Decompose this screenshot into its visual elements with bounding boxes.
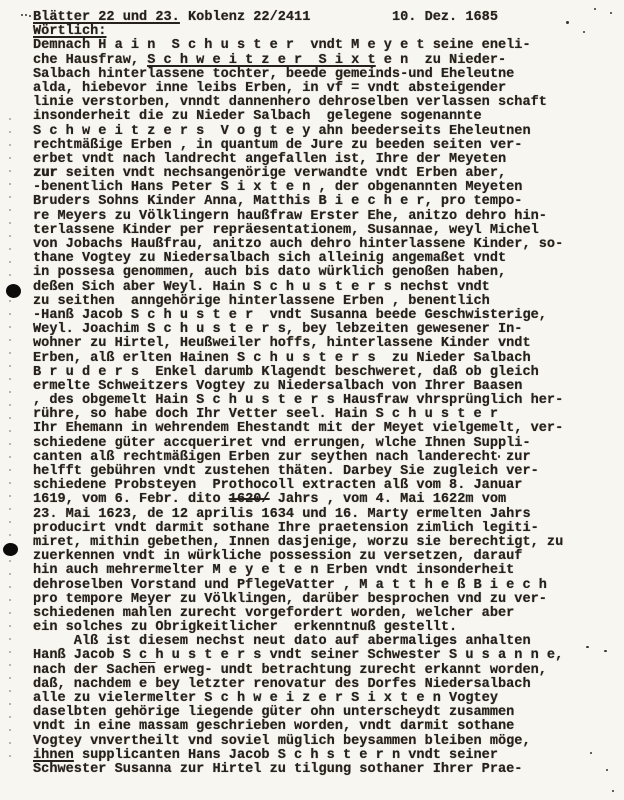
text-segment: zuerkennen vndt in würkliche possession … [33, 549, 522, 564]
text-line: zur seiten vndt nechsangenörige verwandt… [33, 167, 563, 181]
text-line: B r u d e r s Enkel darumb Klagendt besc… [33, 366, 563, 380]
text-line: erbet vndt nach landrecht angefallen ist… [33, 153, 563, 167]
text-segment: Bruders Sohns Kinder Anna, Matthis B i e… [33, 194, 522, 209]
text-line: canten alß rechtmäßigen Erben zur seythe… [33, 451, 563, 465]
text-segment: -benentlich Hans Peter S i x t e n , der… [33, 180, 522, 195]
text-segment: Ihr Ehemann in wehrendem Ehestandt mit d… [33, 421, 563, 436]
text-segment: Hanß Jacob S c h u s t e r s vndt seiner… [33, 648, 563, 663]
scan-speck [590, 752, 592, 754]
text-segment: ermelte Schweitzers Vogtey zu Niedersalb… [33, 379, 522, 394]
struck-text: 1620/ [229, 492, 270, 507]
text-line: Erben, alß erlten Hainen S c h u s t e r… [33, 352, 563, 366]
text-line: linie verstorben, vnndt dannenhero dehro… [33, 96, 563, 110]
text-line: vndt in eine massam geschrieben worden, … [33, 720, 563, 734]
text-segment: Koblenz 22/2411 [180, 10, 392, 25]
text-line: rechtmäßige Erben , in quantum de Jure z… [33, 139, 563, 153]
text-segment: zu seithen anngehörige hinterlassene Erb… [33, 294, 490, 309]
text-line: Salbach hinterlassene tochter, beede gem… [33, 68, 563, 82]
text-line: nach der Sachen erweg- undt betrachtung … [33, 664, 563, 678]
underlined-text: Wörtlich: [33, 24, 106, 39]
text-segment: helfft gebühren vndt zustehen thäten. Da… [33, 464, 539, 479]
text-line: , des obgemelt Hain S c h u s t e r s Ha… [33, 394, 563, 408]
text-line: in possesa genommen, auch bis dato würkl… [33, 266, 563, 280]
text-segment: B r u d e r s Enkel darumb Klagendt besc… [33, 365, 539, 380]
text-line: Weyl. Joachim S c h u s t e r s, bey leb… [33, 323, 563, 337]
text-line: daß, nachdem e bey letzter renovatur des… [33, 678, 563, 692]
scan-speck [586, 646, 589, 648]
text-line: Blätter 22 und 23. Koblenz 22/2411 10. D… [33, 11, 563, 25]
text-segment: nach der Sach [33, 663, 139, 678]
text-segment: Weyl. Joachim S c h u s t e r s, bey leb… [33, 322, 522, 337]
text-segment: alle zu vielermelter S c h w e i z e r S… [33, 691, 498, 706]
text-line: terlassene Kinder per repräesentationem,… [33, 224, 563, 238]
text-segment: seiten vndt nechsangenörige verwandte vn… [57, 166, 506, 181]
text-line: helfft gebühren vndt zustehen thäten. Da… [33, 465, 563, 479]
text-segment: schiedene Probsteyen Prothocoll extracte… [33, 478, 522, 493]
text-line: schiedene Probsteyen Prothocoll extracte… [33, 479, 563, 493]
text-line: alda, hiebevor inne leibs Erben, in vf =… [33, 82, 563, 96]
text-segment: Demnach H a i n S c h u s t e r vndt M e… [33, 38, 531, 53]
text-segment: Jahrs , vom 4. Mai 1622m vom [270, 492, 507, 507]
text-segment: thane Vogtey zu Niedersalbach sich allei… [33, 251, 506, 266]
scan-speck [583, 31, 585, 33]
text-segment: rechtmäßige Erben , in quantum de Jure z… [33, 138, 522, 153]
text-segment: pro tempore Meyer zu Völklingen, darüber… [33, 592, 547, 607]
text-segment: erbet vndt nach landrecht angefallen ist… [33, 152, 506, 167]
underlined-text: S c h w e i t z e r S i x t [147, 53, 375, 68]
scan-speck [566, 21, 569, 24]
text-segment: 1619, vom 6. Febr. dito [33, 492, 229, 507]
scan-speck [21, 14, 23, 16]
text-segment: 10. Dez. 1685 [392, 10, 498, 25]
text-line: deßen Sich aber Weyl. Hain S c h u s t e… [33, 281, 563, 295]
text-segment: Alß ist diesem nechst neut dato auf aber… [33, 634, 531, 649]
text-segment: in possesa genommen, auch bis dato würkl… [33, 265, 506, 280]
text-line: S c h w e i t z e r s V o g t e y ahn be… [33, 125, 563, 139]
text-line: Schwester Susanna zur Hirtel zu tilgung … [33, 763, 563, 777]
text-line: alle zu vielermelter S c h w e i z e r S… [33, 692, 563, 706]
text-line: miret, mithin gebethen, Innen dasjenige,… [33, 536, 563, 550]
text-segment: dehroselben Vorstand und PflegeVatter , … [33, 578, 547, 593]
text-line: dehroselben Vorstand und PflegeVatter , … [33, 579, 563, 593]
text-line: wohner zu Hirtel, Heußweiler hoffs, hint… [33, 337, 563, 351]
text-segment: ein solches zu Obrigkeitlicher erkenntnu… [33, 620, 457, 635]
text-line: Vogtey vnvertheilt vnd soviel müglich be… [33, 735, 563, 749]
text-line: von Jobachs Haußfrau, anitzo auch dehro … [33, 238, 563, 252]
text-segment: 23. Mai 1623, de 12 aprilis 1634 und 16.… [33, 507, 531, 522]
text-segment: schiedenen mahlen zurecht vorgefordert w… [33, 606, 514, 621]
text-segment: producirt vndt darmit sothane Ihre praet… [33, 521, 539, 536]
text-line: daselbten gehörige liegende güter ohn un… [33, 706, 563, 720]
text-segment: zur [33, 166, 57, 181]
text-line: schiedenen mahlen zurecht vorgefordert w… [33, 607, 563, 621]
underlined-text: Blätter 22 und 23. [33, 10, 180, 25]
text-segment: che Hausfraw, [33, 53, 147, 68]
text-line: Bruders Sohns Kinder Anna, Matthis B i e… [33, 195, 563, 209]
text-line: ermelte Schweitzers Vogtey zu Niedersalb… [33, 380, 563, 394]
text-segment: vndt in eine massam geschrieben worden, … [33, 719, 514, 734]
text-line: Wörtlich: [33, 25, 563, 39]
text-segment: deßen Sich aber Weyl. Hain S c h u s t e… [33, 280, 490, 295]
document-body: Blätter 22 und 23. Koblenz 22/2411 10. D… [33, 11, 563, 777]
text-line: zu seithen anngehörige hinterlassene Erb… [33, 295, 563, 309]
text-line: 23. Mai 1623, de 12 aprilis 1634 und 16.… [33, 508, 563, 522]
text-segment: Erben, alß erlten Hainen S c h u s t e r… [33, 351, 531, 366]
text-segment: -Hanß Jacob S c h u s t e r vndt Susanna… [33, 308, 547, 323]
text-segment: terlassene Kinder per repräesentationem,… [33, 223, 539, 238]
margin-perforation-dots [9, 118, 11, 766]
text-line: -Hanß Jacob S c h u s t e r vndt Susanna… [33, 309, 563, 323]
text-line: Demnach H a i n S c h u s t e r vndt M e… [33, 39, 563, 53]
overlined-text: en [139, 663, 155, 678]
text-segment: Schwester Susanna zur Hirtel zu tilgung … [33, 762, 522, 777]
text-line: ihnen supplicanten Hans Jacob S c h s t … [33, 749, 563, 763]
document-page: Blätter 22 und 23. Koblenz 22/2411 10. D… [0, 0, 624, 800]
text-segment: hin auch mehrermelter M e y e t e n Erbe… [33, 563, 514, 578]
text-segment: supplicanten Hans Jacob S c h s t e r n … [74, 748, 498, 763]
text-segment: daß, nachdem e bey letzter renovatur des… [33, 677, 531, 692]
text-segment: , des obgemelt Hain S c h u s t e r s Ha… [33, 393, 563, 408]
text-line: producirt vndt darmit sothane Ihre praet… [33, 522, 563, 536]
text-segment: insonderheit die zu Nieder Salbach geleg… [33, 109, 482, 124]
ink-blot [2, 542, 18, 556]
text-line: ein solches zu Obrigkeitlicher erkenntnu… [33, 621, 563, 635]
text-segment: erweg- undt betrachtung zurecht erkannt … [155, 663, 547, 678]
text-line: insonderheit die zu Nieder Salbach geleg… [33, 110, 563, 124]
text-line: thane Vogtey zu Niedersalbach sich allei… [33, 252, 563, 266]
text-segment: miret, mithin gebethen, Innen dasjenige,… [33, 535, 563, 550]
text-segment: daselbten gehörige liegende güter ohn un… [33, 705, 514, 720]
text-line: che Hausfraw, S c h w e i t z e r S i x … [33, 54, 563, 68]
text-line: hin auch mehrermelter M e y e t e n Erbe… [33, 564, 563, 578]
text-line: re Meyers zu Völklingern haußfraw Erster… [33, 210, 563, 224]
text-segment: Vogtey vnvertheilt vnd soviel müglich be… [33, 734, 531, 749]
text-line: pro tempore Meyer zu Völklingen, darüber… [33, 593, 563, 607]
text-line: zuerkennen vndt in würkliche possession … [33, 550, 563, 564]
text-line: Ihr Ehemann in wehrendem Ehestandt mit d… [33, 422, 563, 436]
text-line: schiedene güter accqueriret vnd errungen… [33, 437, 563, 451]
text-segment: alda, hiebevor inne leibs Erben, in vf =… [33, 81, 506, 96]
text-line: Hanß Jacob S c h u s t e r s vndt seiner… [33, 649, 563, 663]
text-segment: linie verstorben, vnndt dannenhero dehro… [33, 95, 547, 110]
text-segment: rühre, so habe doch Ihr Vetter seel. Hai… [33, 407, 498, 422]
text-line: 1619, vom 6. Febr. dito 1620/ Jahrs , vo… [33, 493, 563, 507]
underlined-text: ihnen [33, 748, 74, 763]
text-line: rühre, so habe doch Ihr Vetter seel. Hai… [33, 408, 563, 422]
text-segment: Salbach hinterlassene tochter, beede gem… [33, 67, 514, 82]
text-segment: e n zu Nieder- [376, 53, 507, 68]
text-segment: S c h w e i t z e r s V o g t e y ahn be… [33, 124, 531, 139]
text-segment: wohner zu Hirtel, Heußweiler hoffs, hint… [33, 336, 531, 351]
text-line: Alß ist diesem nechst neut dato auf aber… [33, 635, 563, 649]
text-segment: re Meyers zu Völklingern haußfraw Erster… [33, 209, 547, 224]
text-segment: von Jobachs Haußfrau, anitzo auch dehro … [33, 237, 563, 252]
text-line: -benentlich Hans Peter S i x t e n , der… [33, 181, 563, 195]
ink-blot [5, 283, 22, 299]
scan-speck [594, 8, 596, 10]
text-segment: schiedene güter accqueriret vnd errungen… [33, 436, 531, 451]
text-segment: canten alß rechtmäßigen Erben zur seythe… [33, 450, 531, 465]
